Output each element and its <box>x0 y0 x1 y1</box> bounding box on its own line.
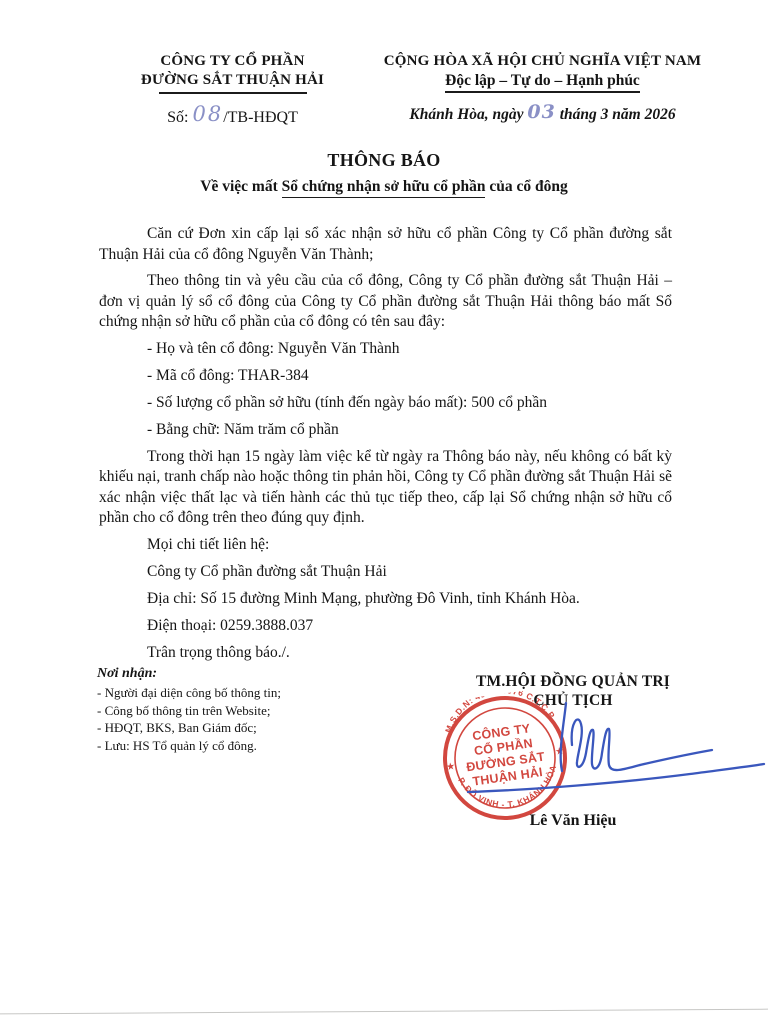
recipient-item: - HĐQT, BKS, Ban Giám đốc; <box>97 719 362 737</box>
contact-intro: Mọi chi tiết liên hệ: <box>99 535 672 555</box>
subtitle-prefix: Về việc mất <box>200 178 281 195</box>
signature-flourish-upper <box>640 750 712 765</box>
document-page: CÔNG TY CỔ PHẦN ĐƯỜNG SẮT THUẬN HẢI Số: … <box>0 0 768 1024</box>
contact-company: Công ty Cổ phần đường sắt Thuận Hải <box>99 562 672 582</box>
signature-downstroke <box>561 703 566 771</box>
company-name-line1: CÔNG TY CỔ PHẦN <box>105 52 360 71</box>
recipients-block: Nơi nhận: - Người đại diện công bố thông… <box>97 666 362 754</box>
shareholder-details: - Họ và tên cổ đông: Nguyễn Văn Thành - … <box>99 339 672 440</box>
date-prefix: Khánh Hòa, ngày <box>409 106 523 123</box>
document-number-suffix: /TB-HĐQT <box>223 109 298 126</box>
closing-line: Trân trọng thông báo./. <box>99 643 672 663</box>
document-body: Căn cứ Đơn xin cấp lại sổ xác nhận sở hữ… <box>99 224 672 670</box>
detail-shareholder-name: - Họ và tên cổ đông: Nguyễn Văn Thành <box>99 339 672 359</box>
header-company-block: CÔNG TY CỔ PHẦN ĐƯỜNG SẮT THUẬN HẢI Số: … <box>105 52 360 127</box>
document-number-line: Số: 08/TB-HĐQT <box>105 103 360 127</box>
title-block: THÔNG BÁO Về việc mất Sổ chứng nhận sở h… <box>0 150 768 196</box>
contact-phone: Điện thoại: 0259.3888.037 <box>99 616 672 636</box>
seal-star-left-icon: ★ <box>446 761 456 773</box>
handwritten-signature <box>460 695 768 800</box>
signer-name: Lê Văn Hiệu <box>433 812 713 830</box>
company-underline <box>159 92 307 94</box>
paragraph-announcement: Theo thông tin và yêu cầu của cổ đông, C… <box>99 271 672 333</box>
national-motto-line2: Độc lập – Tự do – Hạnh phúc <box>445 71 640 93</box>
recipient-item: - Người đại diện công bố thông tin; <box>97 684 362 702</box>
document-number-label: Số: <box>167 109 188 126</box>
paragraph-deadline: Trong thời hạn 15 ngày làm việc kể từ ng… <box>99 447 672 529</box>
detail-shareholder-code: - Mã cổ đông: THAR-384 <box>99 366 672 386</box>
company-name-line2: ĐƯỜNG SẮT THUẬN HẢI <box>105 71 360 90</box>
document-title: THÔNG BÁO <box>0 150 768 171</box>
date-suffix: tháng 3 năm 2026 <box>560 106 676 123</box>
date-day-handwritten: 03 <box>527 101 555 123</box>
date-line: Khánh Hòa, ngày 03 tháng 3 năm 2026 <box>375 102 710 124</box>
document-subtitle: Về việc mất Sổ chứng nhận sở hữu cổ phần… <box>0 178 768 196</box>
contact-address: Địa chỉ: Số 15 đường Minh Mạng, phường Đ… <box>99 589 672 609</box>
national-motto-line1: CỘNG HÒA XÃ HỘI CHỦ NGHĨA VIỆT NAM <box>375 52 710 71</box>
recipient-item: - Lưu: HS Tổ quản lý cổ đông. <box>97 737 362 755</box>
recipient-item: - Công bố thông tin trên Website; <box>97 702 362 720</box>
signature-loops <box>572 720 640 771</box>
signature-flourish-lower <box>468 764 764 792</box>
header-national-block: CỘNG HÒA XÃ HỘI CHỦ NGHĨA VIỆT NAM Độc l… <box>375 52 710 124</box>
subtitle-underlined: Sổ chứng nhận sở hữu cổ phần <box>282 178 486 198</box>
detail-share-quantity: - Số lượng cổ phần sở hữu (tính đến ngày… <box>99 393 672 413</box>
recipients-title: Nơi nhận: <box>97 666 362 682</box>
scan-artifact-line <box>0 1009 768 1015</box>
subtitle-suffix: của cổ đông <box>485 178 567 195</box>
paragraph-basis: Căn cứ Đơn xin cấp lại sổ xác nhận sở hữ… <box>99 224 672 265</box>
document-number-handwritten: 08 <box>192 102 223 126</box>
signature-authority-line1: TM.HỘI ĐỒNG QUẢN TRỊ <box>433 672 713 691</box>
detail-share-quantity-words: - Bằng chữ: Năm trăm cổ phần <box>99 420 672 440</box>
